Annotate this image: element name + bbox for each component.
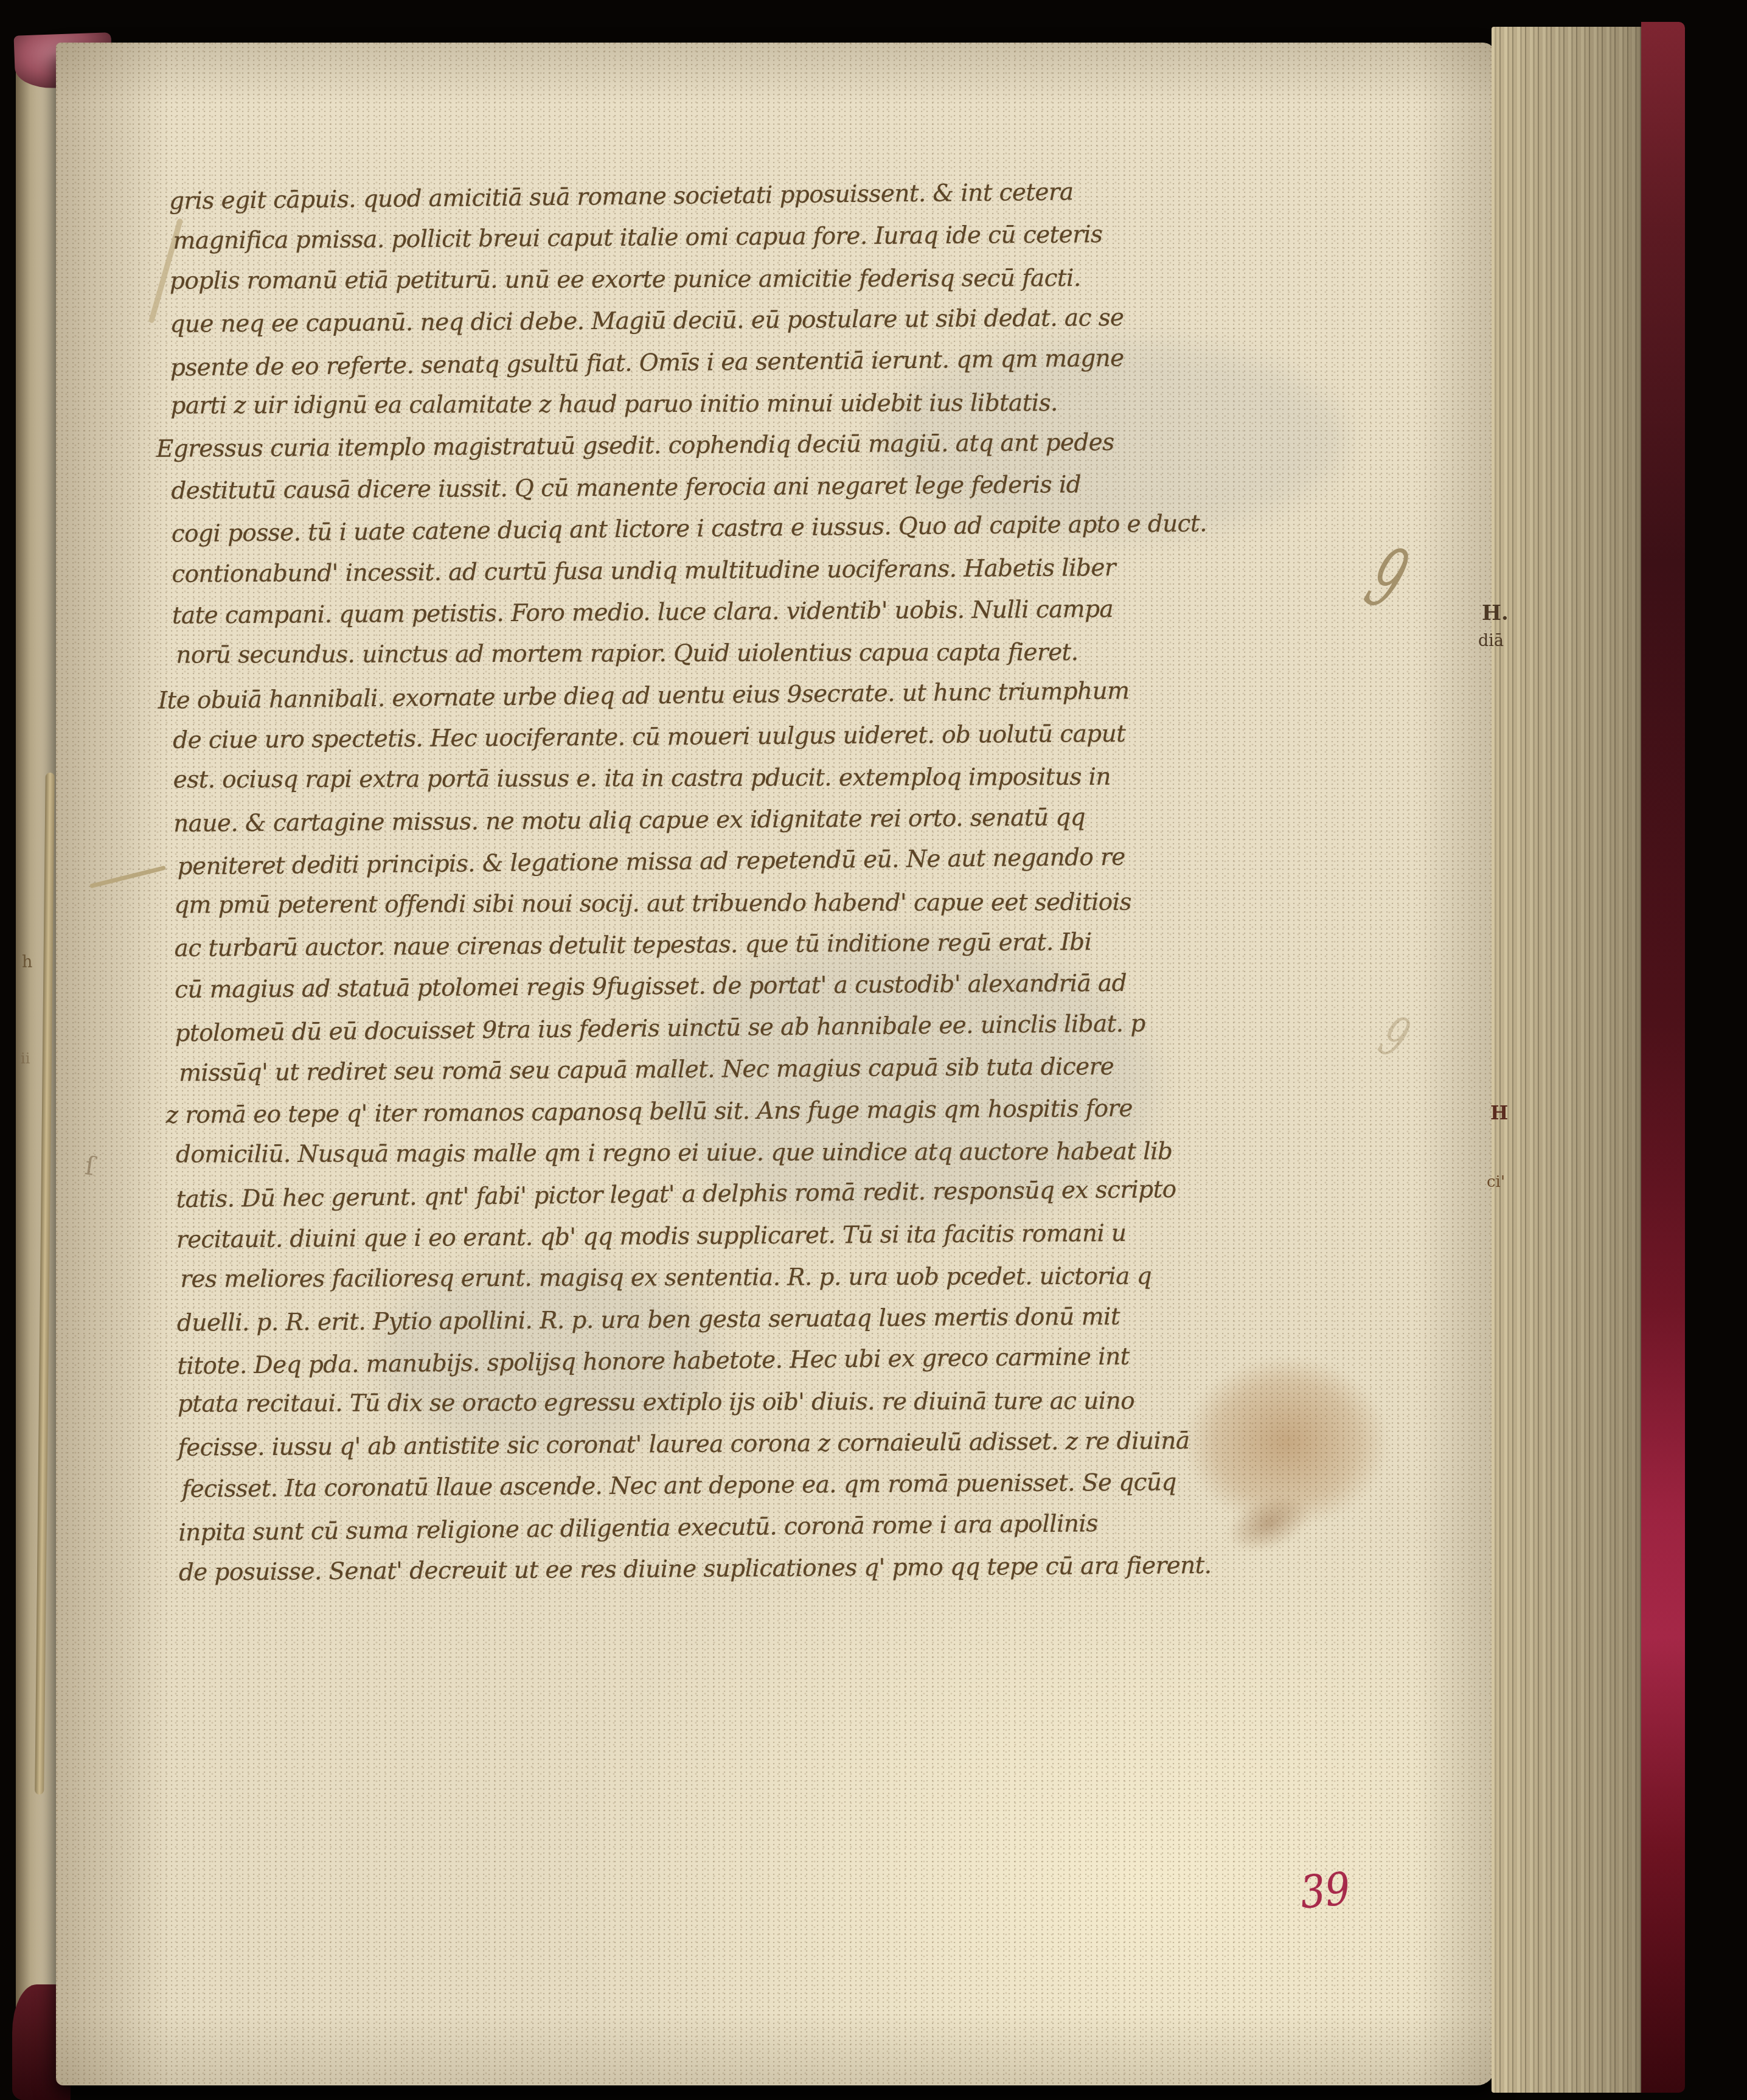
binding-board-edge	[1641, 22, 1685, 2093]
text-line: ac turbarū auctor. naue cirenas detulit …	[174, 928, 1184, 976]
text-line: domiciliū. Nusquā magis malle qm i regno…	[176, 1138, 1186, 1183]
text-line: ptata recitaui. Tū dix se oracto egressu…	[178, 1388, 1187, 1433]
text-line: Egressus curia itemplo magistratuū gsedi…	[156, 429, 1181, 478]
text-line: peniteret dediti principis. & legatione …	[177, 843, 1184, 895]
text-line: missūq' ut rediret seu romā seu capuā ma…	[179, 1052, 1185, 1101]
text-line: de ciue uro spectetis. Hec uociferante. …	[173, 720, 1183, 768]
manuscript-photo: { "manuscript": { "description_label": "…	[0, 0, 1747, 2100]
text-line: z romā eo tepe q' iter romanos capanosq …	[165, 1094, 1185, 1143]
page-stack-fore-edge	[1492, 27, 1647, 2093]
text-line: parti z uir idignū ea calamitate z haud …	[170, 389, 1180, 434]
right-margin-h-mark-2: H	[1490, 1102, 1508, 1124]
text-line: magnifica pmissa. pollicit breui caput i…	[173, 221, 1179, 269]
text-line: psente de eo referte. senatq gsultū fiat…	[170, 344, 1181, 395]
text-line: norū secundus. uinctus ad mortem rapior.…	[176, 639, 1182, 684]
left-margin-h-mark: h	[22, 953, 32, 972]
text-line: poplis romanū etiā petiturū. unū ee exor…	[170, 264, 1179, 309]
text-line: contionabund' incessit. ad curtū fusa un…	[172, 554, 1181, 602]
text-line: titote. Deq pda. manubijs. spolijsq hono…	[177, 1343, 1187, 1394]
text-line: res meliores facilioresq erunt. magisq e…	[180, 1263, 1186, 1308]
left-margin-ii-mark: ii	[21, 1050, 30, 1067]
text-block: gris egit cāpuis. quod amicitiā suā roma…	[169, 179, 1189, 1601]
right-margin-h-mark: H.	[1482, 601, 1509, 625]
text-line: tate campani. quam petistis. Foro medio.…	[172, 595, 1182, 644]
right-margin-dia-mark: diā	[1478, 631, 1504, 650]
folio-number-red: 39	[1298, 1863, 1352, 1919]
text-line: qm pmū peterent offendi sibi noui socij.…	[174, 888, 1184, 933]
text-line: fecisse. iussu q' ab antistite sic coron…	[178, 1427, 1187, 1476]
text-line: est. ociusq rapi extra portā iussus e. i…	[173, 763, 1183, 808]
right-margin-ci-mark: ci'	[1487, 1173, 1505, 1191]
text-line: recitauit. diuini que i eo erant. qb' qq…	[176, 1219, 1186, 1268]
